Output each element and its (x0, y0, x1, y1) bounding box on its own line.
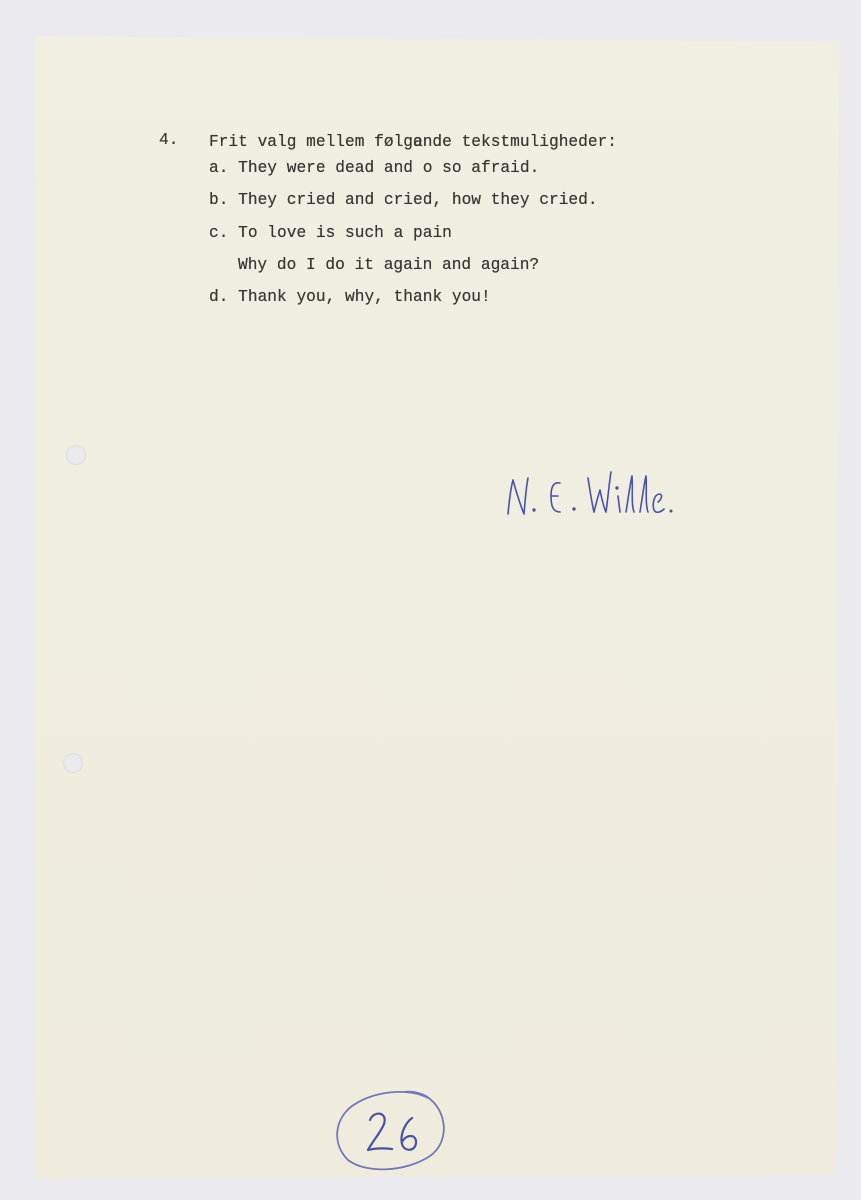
option-text: Thank you, why, thank you! (238, 288, 491, 306)
heading: Frit valg mellem følgeande tekstmulighed… (209, 133, 617, 151)
option-letter: d. (209, 288, 228, 306)
heading-after: nde tekstmuligheder: (423, 133, 617, 151)
option-text: They cried and cried, how they cried. (238, 191, 597, 209)
option-text: Why do I do it again and again? (238, 256, 539, 274)
option-text: They were dead and o so afraid. (238, 159, 539, 177)
option-letter: a. (209, 159, 228, 177)
handwritten-signature (500, 466, 695, 526)
option-b: b. They cried and cried, how they cried. (209, 191, 598, 209)
overtyped-char: ea (413, 133, 423, 151)
punch-hole-top (66, 445, 86, 465)
overtyped-under: e (413, 133, 423, 151)
item-number: 4. (159, 131, 178, 149)
option-c-continuation: Why do I do it again and again? (238, 256, 539, 274)
option-d: d. Thank you, why, thank you! (209, 288, 491, 306)
signature-icon (500, 466, 695, 526)
page-number: 26 (330, 1086, 452, 1176)
option-letter: b. (209, 191, 228, 209)
option-letter: c. (209, 224, 228, 242)
option-c: c. To love is such a pain (209, 224, 452, 242)
punch-hole-bottom (63, 753, 83, 773)
heading-before: Frit valg mellem følg (209, 133, 413, 151)
option-text: To love is such a pain (238, 224, 452, 242)
option-a: a. They were dead and o so afraid. (209, 159, 539, 177)
